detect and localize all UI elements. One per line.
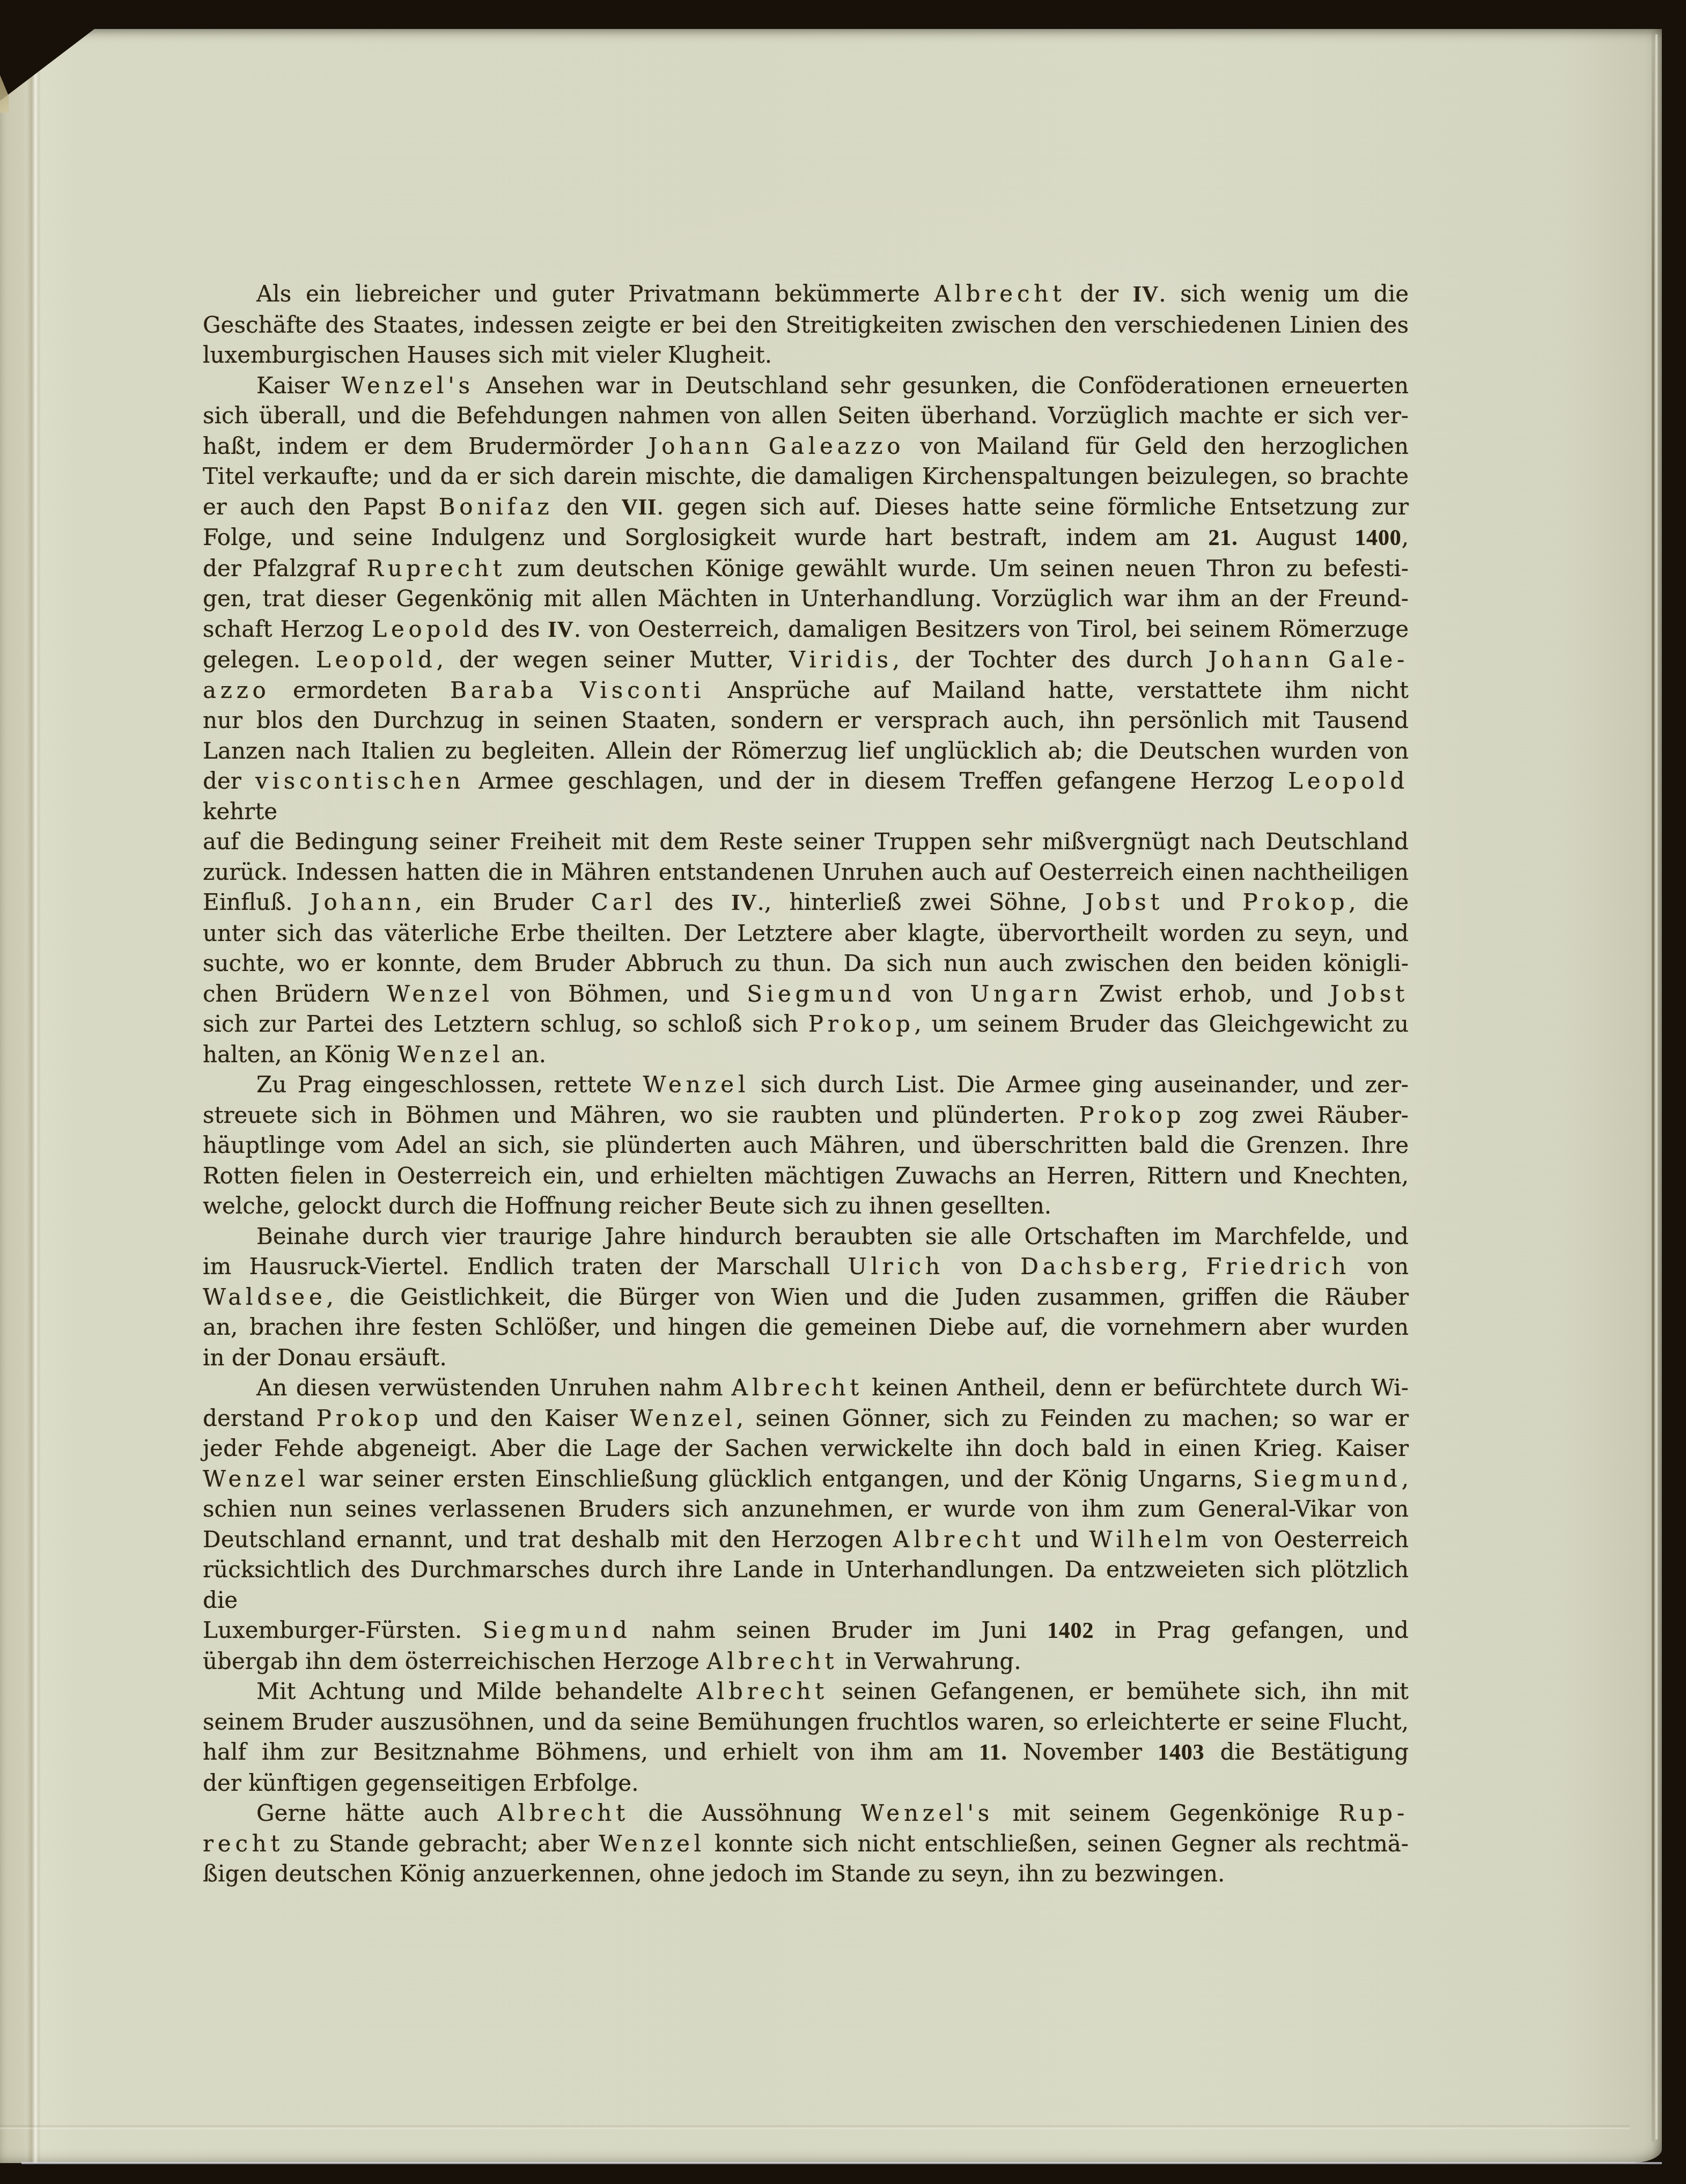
antiqua-numeral: IV [1133, 282, 1159, 307]
text-line: ßigen deutschen König anzuerkennen, ohne… [203, 1859, 1409, 1889]
letterspaced-name: Wilhelm [1089, 1526, 1212, 1553]
letterspaced-name: Wenzel [387, 981, 494, 1007]
letterspaced-name: Wenzel [630, 1405, 737, 1431]
letterspaced-name: Prokop [808, 1011, 915, 1037]
letterspaced-name: Wenzel [397, 1041, 504, 1068]
letterspaced-name: Jobst [1085, 889, 1164, 915]
text-line: luxemburgischen Hauses sich mit vieler K… [203, 340, 1409, 371]
letterspaced-name: Friedrich [1206, 1253, 1350, 1279]
text-line: suchte, wo er konnte, dem Bruder Abbruch… [203, 948, 1409, 979]
text-line: Zu Prag eingeschlossen, rettete Wenzel s… [203, 1070, 1409, 1100]
letterspaced-name: Siegmund [483, 1617, 631, 1643]
letterspaced-name: azzo [203, 677, 270, 703]
letterspaced-name: Ulrich [848, 1253, 944, 1279]
letterspaced-name: Wenzel [643, 1071, 750, 1098]
text-line: der Pfalzgraf Ruprecht zum deutschen Kön… [203, 554, 1409, 584]
page-bottom-edge-highlight [21, 2162, 1662, 2164]
antiqua-numeral: VII [622, 495, 657, 520]
letterspaced-name: Prokop [1079, 1102, 1186, 1128]
letterspaced-name: Wenzel's [342, 372, 474, 399]
page-gutter-crease [27, 29, 41, 2163]
antiqua-numeral: IV [731, 891, 757, 915]
letterspaced-name: Visconti [580, 677, 705, 703]
text-line: schaft Herzog Leopold des IV. von Oester… [203, 614, 1409, 645]
letterspaced-name: Johann [311, 889, 415, 915]
letterspaced-name: Albrecht [893, 1526, 1025, 1553]
text-line: Geschäfte des Staates, indessen zeigte e… [203, 310, 1409, 341]
text-line: sich überall, und die Befehdungen nahmen… [203, 401, 1409, 431]
scanned-book-photo: { "colors": { "background": "#17110a", "… [0, 0, 1686, 2184]
text-line: Gerne hätte auch Albrecht die Aussöhnung… [203, 1798, 1409, 1829]
text-line: unter sich das väterliche Erbe theilten.… [203, 918, 1409, 949]
text-line: welche, gelockt durch die Hoffnung reich… [203, 1191, 1409, 1222]
antiqua-numeral: 1402 [1047, 1619, 1094, 1643]
page-bottom-crease [0, 2124, 1630, 2130]
antiqua-numeral: 1400 [1354, 526, 1401, 550]
book-page: Als ein liebreicher und guter Privatmann… [0, 29, 1662, 2163]
text-line: im Hausruck-Viertel. Endlich traten der … [203, 1252, 1409, 1282]
antiqua-numeral: 21. [1208, 526, 1238, 550]
text-line: schien nun seines verlassenen Bruders si… [203, 1494, 1409, 1525]
text-line: Titel verkaufte; und da er sich darein m… [203, 461, 1409, 492]
text-line: derstand Prokop und den Kaiser Wenzel, s… [203, 1403, 1409, 1434]
letterspaced-name: Leopold [316, 646, 437, 673]
text-line: in der Donau ersäuft. [203, 1343, 1409, 1373]
letterspaced-name: Wenzel's [861, 1800, 993, 1826]
page-right-edge-highlight [1655, 34, 1658, 2139]
text-line: Deutschland ernannt, und trat deshalb mi… [203, 1525, 1409, 1555]
text-line: sich zur Partei des Letztern schlug, so … [203, 1009, 1409, 1040]
text-line: der künftigen gegenseitigen Erbfolge. [203, 1768, 1409, 1799]
text-line: Mit Achtung und Milde behandelte Albrech… [203, 1676, 1409, 1707]
text-line: seinem Bruder auszusöhnen, und da seine … [203, 1707, 1409, 1738]
text-line: er auch den Papst Bonifaz den VII. gegen… [203, 492, 1409, 523]
letterspaced-name: Prokop [316, 1405, 423, 1431]
letterspaced-name: Johann [649, 433, 753, 459]
page-text-block: Als ein liebreicher und guter Privatmann… [203, 279, 1409, 1889]
letterspaced-name: Rup- [1338, 1800, 1409, 1826]
letterspaced-name: Carl [591, 889, 657, 915]
letterspaced-name: Dachsberg [1020, 1253, 1181, 1279]
letterspaced-name: viscontischen [255, 768, 465, 794]
letterspaced-name: Baraba [450, 677, 557, 703]
text-line: Als ein liebreicher und guter Privatmann… [203, 279, 1409, 310]
text-line: an, brachen ihre festen Schlößer, und hi… [203, 1312, 1409, 1343]
text-line: Kaiser Wenzel's Ansehen war in Deutschla… [203, 371, 1409, 401]
text-line: azzo ermordeten Baraba Visconti Ansprüch… [203, 675, 1409, 706]
letterspaced-name: Ungarn [970, 981, 1082, 1007]
page-right-edge-line [1652, 32, 1654, 2142]
letterspaced-name: Gale- [1328, 646, 1409, 673]
text-line: Lanzen nach Italien zu begleiten. Allein… [203, 736, 1409, 767]
letterspaced-name: Wenzel [203, 1466, 310, 1492]
letterspaced-name: Ruprecht [366, 555, 506, 582]
text-line: Waldsee, die Geistlichkeit, die Bürger v… [203, 1282, 1409, 1313]
letterspaced-name: Johann [1208, 646, 1313, 673]
letterspaced-name: Leopold [1288, 768, 1409, 794]
letterspaced-name: Galeazzo [769, 433, 905, 459]
antiqua-numeral: IV [548, 617, 573, 642]
text-line: der viscontischen Armee geschlagen, und … [203, 766, 1409, 827]
letterspaced-name: Wenzel [599, 1830, 705, 1857]
letterspaced-name: Albrecht [498, 1800, 629, 1826]
letterspaced-name: Jobst [1330, 981, 1409, 1007]
text-line: half ihm zur Besitznahme Böhmens, und er… [203, 1737, 1409, 1768]
text-line: auf die Bedingung seiner Freiheit mit de… [203, 827, 1409, 857]
text-line: Einfluß. Johann, ein Bruder Carl des IV.… [203, 887, 1409, 918]
antiqua-numeral: 11. [979, 1740, 1007, 1765]
text-line: Rotten fielen in Oesterreich ein, und er… [203, 1161, 1409, 1192]
letterspaced-name: Siegmund [747, 981, 895, 1007]
letterspaced-name: Prokop [1242, 889, 1349, 915]
text-line: An diesen verwüstenden Unruhen nahm Albr… [203, 1373, 1409, 1403]
letterspaced-name: Albrecht [697, 1678, 828, 1704]
letterspaced-name: Albrecht [934, 281, 1065, 307]
text-line: jeder Fehde abgeneigt. Aber die Lage der… [203, 1433, 1409, 1464]
letterspaced-name: recht [203, 1830, 284, 1857]
text-line: rücksichtlich des Durchmarsches durch ih… [203, 1555, 1409, 1615]
text-line: nur blos den Durchzug in seinen Staaten,… [203, 705, 1409, 736]
text-line: recht zu Stande gebracht; aber Wenzel ko… [203, 1829, 1409, 1859]
text-line: übergab ihn dem österreichischen Herzoge… [203, 1646, 1409, 1677]
letterspaced-name: Bonifaz [439, 494, 554, 520]
text-line: gen, trat dieser Gegenkönig mit allen Mä… [203, 584, 1409, 614]
text-line: zurück. Indessen hatten die in Mähren en… [203, 857, 1409, 888]
text-line: halten, an König Wenzel an. [203, 1040, 1409, 1070]
text-line: streuete sich in Böhmen und Mähren, wo s… [203, 1100, 1409, 1131]
text-line: häuptlinge vom Adel an sich, sie plünder… [203, 1130, 1409, 1161]
letterspaced-name: Waldsee [203, 1284, 327, 1310]
text-line: haßt, indem er dem Brudermörder Johann G… [203, 431, 1409, 462]
text-line: chen Brüdern Wenzel von Böhmen, und Sieg… [203, 979, 1409, 1010]
text-line: gelegen. Leopold, der wegen seiner Mutte… [203, 645, 1409, 675]
letterspaced-name: Leopold [372, 616, 492, 642]
letterspaced-name: Albrecht [706, 1648, 838, 1674]
text-line: Beinahe durch vier traurige Jahre hindur… [203, 1222, 1409, 1252]
text-line: Wenzel war seiner ersten Einschließung g… [203, 1464, 1409, 1495]
text-line: Folge, und seine Indulgenz und Sorglosig… [203, 523, 1409, 554]
letterspaced-name: Viridis [789, 646, 893, 673]
text-line: Luxemburger-Fürsten. Siegmund nahm seine… [203, 1615, 1409, 1646]
letterspaced-name: Siegmund [1253, 1466, 1402, 1492]
antiqua-numeral: 1403 [1158, 1740, 1204, 1765]
letterspaced-name: Albrecht [732, 1374, 863, 1401]
